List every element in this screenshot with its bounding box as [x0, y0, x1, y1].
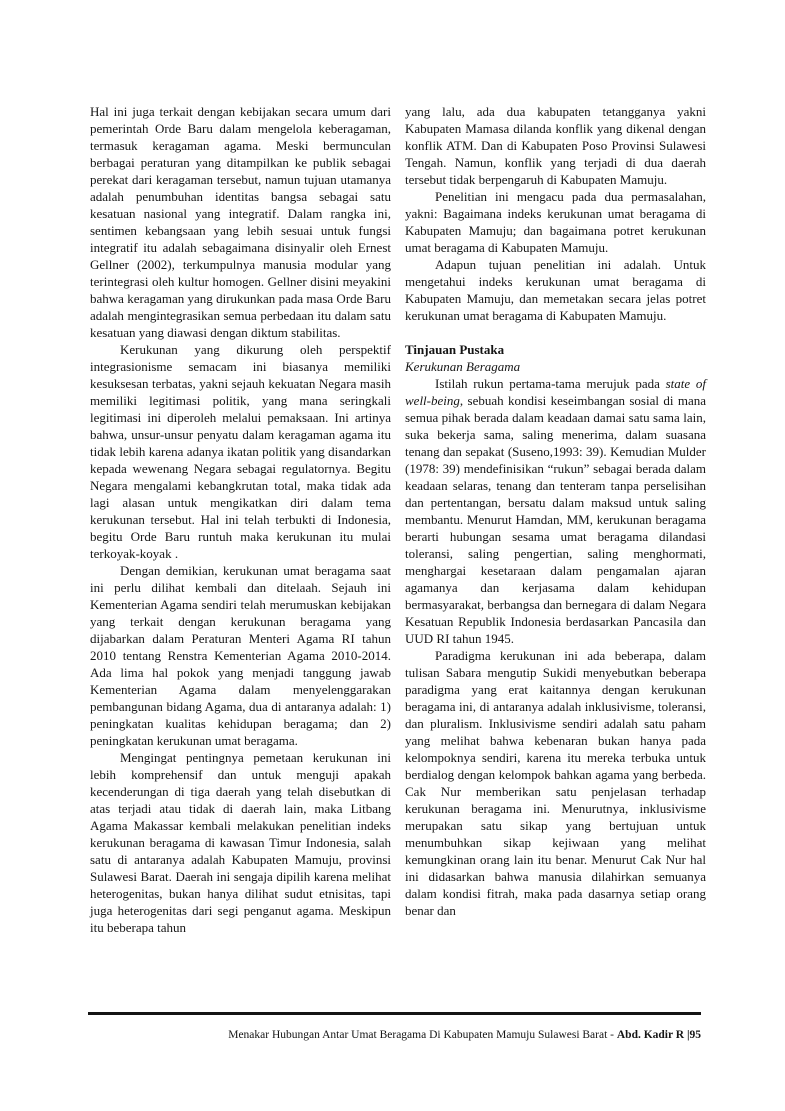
paragraph: Hal ini juga terkait dengan kebijakan se…	[90, 103, 391, 341]
text-run: Kerukunan yang dikurung oleh perspektif …	[90, 342, 391, 561]
paragraph: Istilah rukun pertama-tama merujuk pada …	[405, 375, 706, 647]
paper-page: Hal ini juga terkait dengan kebijakan se…	[0, 0, 785, 1111]
footer-author-page-number: Abd. Kadir R |95	[617, 1029, 701, 1041]
paragraph: Mengingat pentingnya pemetaan kerukunan …	[90, 749, 391, 936]
text-run: Dengan demikian, kerukunan umat beragama…	[90, 563, 391, 748]
footer-running-title: Menakar Hubungan Antar Umat Beragama Di …	[228, 1029, 617, 1041]
text-run: Paradigma kerukunan ini ada beberapa, da…	[405, 648, 706, 918]
text-run: Tinjauan Pustaka	[405, 342, 504, 357]
paragraph: Kerukunan yang dikurung oleh perspektif …	[90, 341, 391, 562]
paragraph: Adapun tujuan penelitian ini adalah. Unt…	[405, 256, 706, 324]
section-heading: Tinjauan Pustaka	[405, 341, 706, 358]
paragraph: Dengan demikian, kerukunan umat beragama…	[90, 562, 391, 749]
paragraph: yang lalu, ada dua kabupaten tetangganya…	[405, 103, 706, 188]
page-footer: Menakar Hubungan Antar Umat Beragama Di …	[88, 1028, 701, 1043]
text-run: Mengingat pentingnya pemetaan kerukunan …	[90, 750, 391, 935]
text-run: Hal ini juga terkait dengan kebijakan se…	[90, 104, 391, 340]
italic-text-run: Kerukunan Beragama	[405, 359, 520, 374]
paragraph: Penelitian ini mengacu pada dua permasal…	[405, 188, 706, 256]
two-column-content: Hal ini juga terkait dengan kebijakan se…	[90, 103, 706, 936]
right-column: yang lalu, ada dua kabupaten tetangganya…	[405, 103, 706, 936]
text-run: yang lalu, ada dua kabupaten tetangganya…	[405, 104, 706, 187]
section-subheading: Kerukunan Beragama	[405, 358, 706, 375]
text-run: Penelitian ini mengacu pada dua permasal…	[405, 189, 706, 255]
paragraph: Paradigma kerukunan ini ada beberapa, da…	[405, 647, 706, 919]
text-run: Adapun tujuan penelitian ini adalah. Unt…	[405, 257, 706, 323]
text-run: Istilah rukun pertama-tama merujuk pada	[435, 376, 666, 391]
footer-rule	[88, 1012, 701, 1015]
left-column: Hal ini juga terkait dengan kebijakan se…	[90, 103, 391, 936]
text-run: , sebuah kondisi keseimbangan sosial di …	[405, 393, 706, 646]
